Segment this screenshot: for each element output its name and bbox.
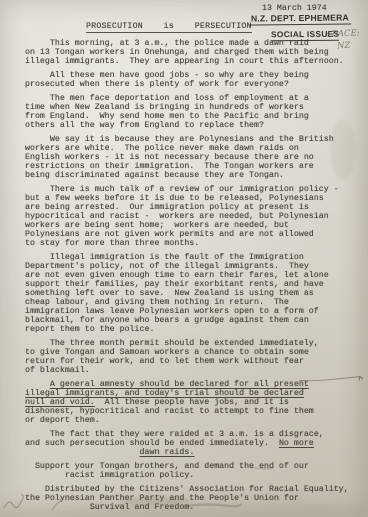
scanned-document: 13 March 1974 PROSECUTION is PERSECUTION… — [0, 0, 368, 517]
underlined-text: dawn raids. — [140, 448, 195, 457]
paper-smudge — [120, 497, 190, 505]
handwritten-race-annotation: : RACE: — [326, 28, 360, 39]
paragraph-6: Illegal immigration is the fault of the … — [25, 253, 360, 334]
typed-text: The three month permit should be extende… — [25, 339, 319, 375]
paragraph-2: All these men have good jobs - so why ar… — [25, 71, 360, 89]
document-title: PROSECUTION is PERSECUTION — [86, 22, 252, 33]
paragraph-11: Distributed by the Citizens' Association… — [25, 485, 360, 512]
paragraph-3: The men face deportation and loss of emp… — [25, 94, 360, 130]
paragraph-1: This morning, at 3 a.m., the police made… — [25, 39, 360, 66]
typed-text — [25, 448, 140, 457]
paragraph-8: A general amnesty should be declared for… — [25, 380, 360, 425]
paragraph-4: We say it is because they are Polynesian… — [25, 135, 360, 180]
typed-text: There is much talk of a review of our im… — [25, 185, 339, 248]
document-date: 13 March 1974 — [262, 4, 327, 13]
typed-text: This morning, at 3 a.m., the police made… — [25, 39, 344, 66]
typed-text: The men face deportation and loss of emp… — [25, 94, 309, 130]
typed-text: We say it is because they are Polynesian… — [25, 135, 334, 180]
paragraph-5: There is much talk of a review of our im… — [25, 185, 360, 248]
typed-text: Illegal immigration is the fault of the … — [25, 253, 329, 334]
underlined-text: No more — [279, 439, 314, 448]
paragraph-9: The fact that they were raided at 3 a.m.… — [25, 430, 360, 457]
document-body: This morning, at 3 a.m., the police made… — [25, 39, 360, 517]
ephemera-stamp: N.Z. DEPT. EPHEMERA — [249, 12, 351, 25]
paper-stain — [330, 120, 356, 180]
typed-text: Support your Tongan brothers, and demand… — [25, 462, 309, 480]
paragraph-10: Support your Tongan brothers, and demand… — [25, 462, 360, 480]
paragraph-7: The three month permit should be extende… — [25, 339, 360, 375]
typed-text: All these men have good jobs - so why ar… — [25, 71, 309, 89]
typed-text — [25, 380, 50, 389]
